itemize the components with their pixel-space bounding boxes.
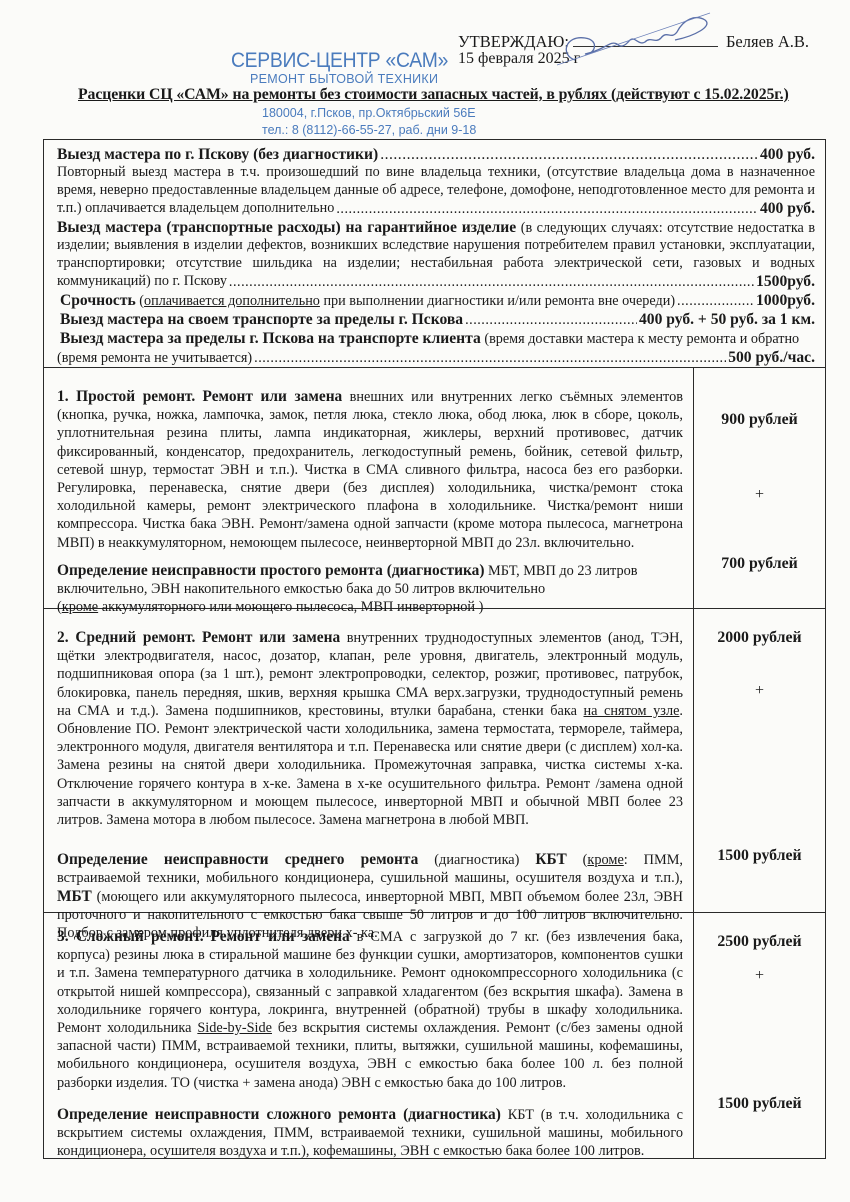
client-transport-row-2: (время ремонта не учитывается) 500 руб./… (57, 349, 815, 368)
warranty-visit-price: 1500руб. (756, 273, 815, 291)
stamp-address: 180004, г.Псков, пр.Октябрьский 56Е (262, 106, 476, 120)
simple-diag-price: 700 рублей (694, 555, 825, 573)
complex-diag-price: 1500 рублей (694, 1095, 825, 1113)
stamp-subtitle: РЕМОНТ БЫТОВОЙ ТЕХНИКИ (250, 72, 438, 86)
simple-repair-price: 900 рублей (694, 411, 825, 429)
visit-prices-box: Выезд мастера по г. Пскову (без диагност… (43, 139, 826, 368)
own-transport-price: 400 руб. + 50 руб. за 1 км. (639, 311, 815, 329)
client-transport-price: 500 руб./час. (728, 349, 815, 367)
city-visit-row: Выезд мастера по г. Пскову (без диагност… (57, 146, 815, 164)
complex-repair-text: 3. Сложный ремонт. Ремонт или замена в С… (57, 928, 683, 1092)
medium-repair-price: 2000 рублей (694, 629, 825, 647)
city-visit-price: 400 руб. (760, 146, 815, 164)
simple-repair-text: 1. Простой ремонт. Ремонт или замена вне… (57, 388, 683, 552)
approve-label: УТВЕРЖДАЮ: (458, 32, 569, 51)
client-transport-row: Выезд мастера за пределы г. Пскова на тр… (57, 330, 815, 349)
stamp-phone: тел.: 8 (8112)-66-55-27, раб. дни 9-18 (262, 123, 476, 137)
section-simple-repair: 1. Простой ремонт. Ремонт или замена вне… (43, 368, 826, 609)
complex-repair-price: 2500 рублей (694, 933, 825, 951)
city-visit-label: Выезд мастера по г. Пскову (без диагност… (57, 146, 378, 164)
plus-sign: + (694, 486, 825, 504)
medium-repair-text: 2. Средний ремонт. Ремонт или замена вну… (57, 629, 683, 829)
medium-diag-price: 1500 рублей (694, 847, 825, 865)
complex-diag-text: Определение неисправности сложного ремон… (57, 1106, 683, 1161)
section-medium-repair: 2. Средний ремонт. Ремонт или замена вну… (43, 609, 826, 913)
plus-sign: + (694, 967, 825, 985)
stamp-company-name: СЕРВИС-ЦЕНТР «САМ» (231, 49, 448, 73)
repeat-visit-price: 400 руб. (760, 200, 815, 218)
signature-icon (555, 10, 715, 70)
page-title: Расценки СЦ «САМ» на ремонты без стоимос… (78, 86, 789, 104)
approver-name: Беляев А.В. (726, 32, 809, 51)
own-transport-row: Выезд мастера на своем транспорте за пре… (57, 311, 815, 330)
section-complex-repair: 3. Сложный ремонт. Ремонт или замена в С… (43, 913, 826, 1159)
plus-sign: + (694, 682, 825, 700)
urgency-row: Срочность (оплачивается дополнительно пр… (57, 292, 815, 311)
urgency-price: 1000руб. (756, 292, 815, 310)
